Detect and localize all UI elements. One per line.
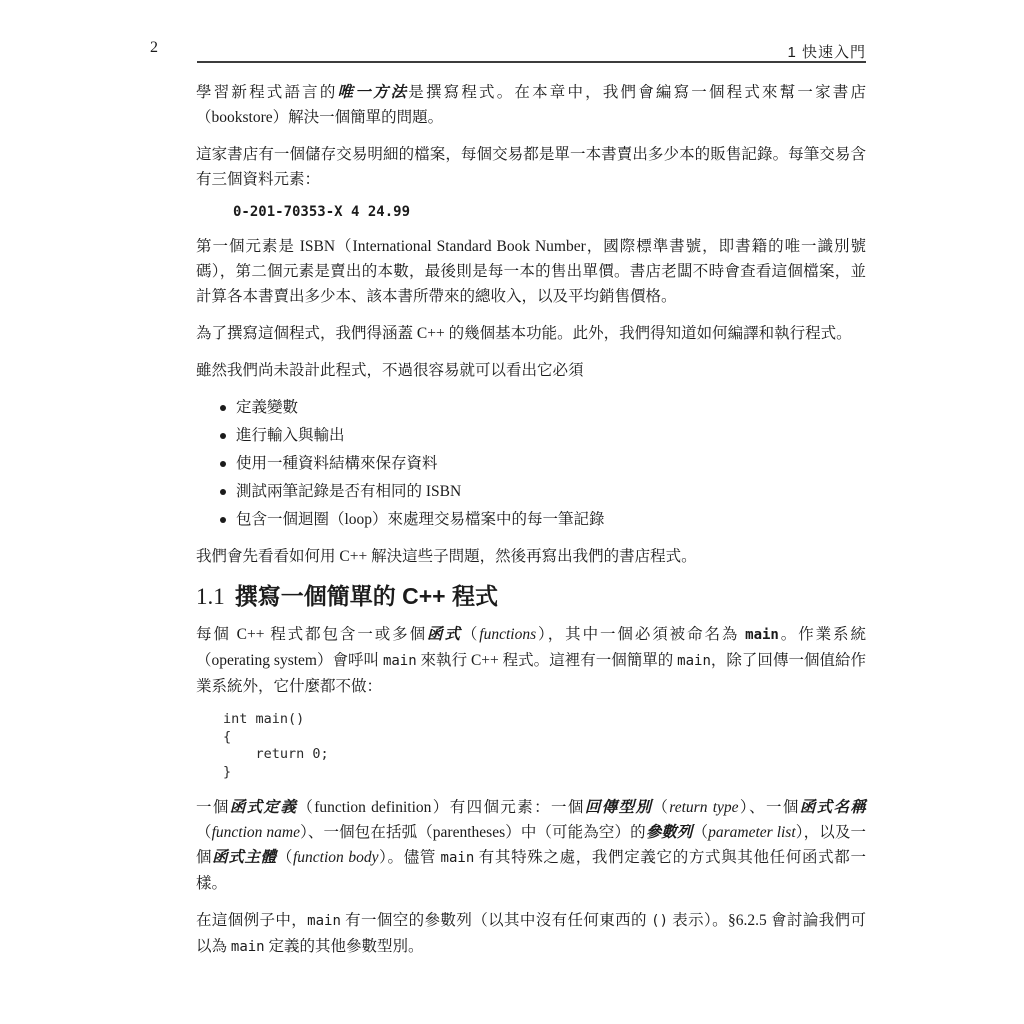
bullet-icon: [220, 433, 226, 439]
requirements-list: 定義變數 進行輸入與輸出 使用一種資料結構來保存資料 測試兩筆記錄是否有相同的 …: [196, 395, 866, 532]
paragraph-cpp-features: 為了撰寫這個程式，我們得涵蓋 C++ 的幾個基本功能。此外，我們得知道如何編譯和…: [196, 321, 866, 346]
list-item-label: 進行輸入與輸出: [236, 427, 345, 444]
book-page: 2 1 快速入門 學習新程式語言的唯一方法是撰寫程式。在本章中，我們會編寫一個程…: [0, 0, 1024, 1024]
paragraph-program-must: 雖然我們尚未設計此程式，不過很容易就可以看出它必須: [196, 358, 866, 383]
list-item-label: 定義變數: [236, 399, 298, 416]
paragraph-elements-explained: 第一個元素是 ISBN（International Standard Book …: [196, 234, 866, 309]
paragraph-function-definition: 一個函式定義（function definition）有四個元素：一個回傳型別（…: [196, 795, 866, 896]
list-item-label: 包含一個迴圈（loop）來處理交易檔案中的每一筆記錄: [236, 511, 605, 528]
list-item: 測試兩筆記錄是否有相同的 ISBN: [220, 479, 866, 504]
isbn-transaction-example: 0-201-70353-X 4 24.99: [233, 204, 866, 220]
section-heading-1-1: 1.1撰寫一個簡單的 C++ 程式: [196, 581, 866, 612]
section-number: 1.1: [196, 584, 225, 609]
paragraph-functions-main: 每個 C++ 程式都包含一或多個函式（functions），其中一個必須被命名為…: [196, 622, 866, 699]
list-item-label: 使用一種資料結構來保存資料: [236, 455, 438, 472]
list-item: 進行輸入與輸出: [220, 423, 866, 448]
code-line: return 0;: [223, 746, 866, 764]
page-number: 2: [150, 39, 158, 57]
paragraph-preview: 我們會先看看如何用 C++ 解決這些子問題，然後再寫出我們的書店程式。: [196, 544, 866, 569]
paragraph-bookstore-file: 這家書店有一個儲存交易明細的檔案，每個交易都是單一本書賣出多少本的販售記錄。每筆…: [196, 142, 866, 192]
list-item: 定義變數: [220, 395, 866, 420]
main-function-code: int main() { return 0; }: [223, 711, 866, 781]
list-item: 使用一種資料結構來保存資料: [220, 451, 866, 476]
code-line: }: [223, 764, 866, 782]
bullet-icon: [220, 405, 226, 411]
paragraph-intro: 學習新程式語言的唯一方法是撰寫程式。在本章中，我們會編寫一個程式來幫一家書店（b…: [196, 80, 866, 130]
paragraph-empty-parameter-list: 在這個例子中，main 有一個空的參數列（以其中沒有任何東西的 () 表示）。§…: [196, 908, 866, 960]
bullet-icon: [220, 461, 226, 467]
section-title: 撰寫一個簡單的 C++ 程式: [235, 583, 498, 609]
code-line: {: [223, 729, 866, 747]
list-item-label: 測試兩筆記錄是否有相同的 ISBN: [236, 483, 461, 500]
code-line: int main(): [223, 711, 866, 729]
page-body: 學習新程式語言的唯一方法是撰寫程式。在本章中，我們會編寫一個程式來幫一家書店（b…: [196, 80, 866, 972]
bullet-icon: [220, 489, 226, 495]
bullet-icon: [220, 517, 226, 523]
header-rule: [197, 61, 866, 63]
running-head-chapter: 1 快速入門: [787, 41, 866, 62]
list-item: 包含一個迴圈（loop）來處理交易檔案中的每一筆記錄: [220, 507, 866, 532]
